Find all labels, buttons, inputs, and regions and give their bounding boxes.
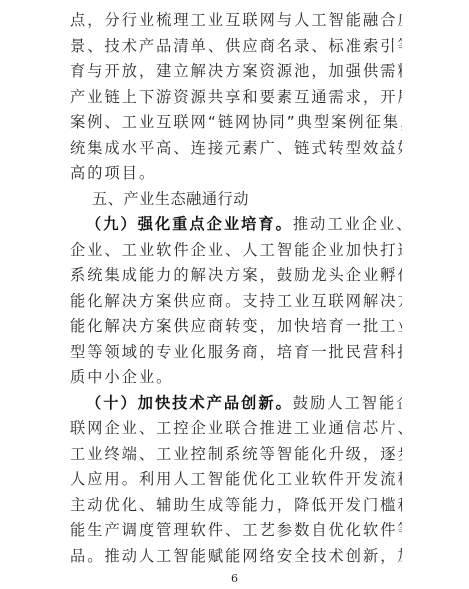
page-number: 6: [0, 572, 469, 585]
paragraph-first-line: （九）强化重点企业培育。推动工业企业、工业互联网: [70, 212, 402, 238]
text-line: 系统集成能力的解决方案，鼓励龙头企业孵化一批行业级智: [70, 263, 402, 289]
text-line: 质中小企业。: [70, 365, 402, 391]
text-line: 主动优化、辅助生成等能力，降低开发门槛和成本。研发智: [70, 493, 402, 519]
text-line: 企业、工业软件企业、人工智能企业加快打造一批具备智能: [70, 238, 402, 264]
text-line: 能生产调度管理软件、工艺参数自优化软件等通用工具产: [70, 518, 402, 544]
text-line: 产业链上下游资源共享和要素互通需求，开展人工智能典型: [70, 85, 402, 111]
document-page: 点，分行业梳理工业互联网与人工智能融合应用的典型场 景、技术产品清单、供应商名录…: [70, 8, 402, 569]
text-line: 能化解决方案供应商转变，加快培育一批工业数据、工业模: [70, 314, 402, 340]
paragraph-title: （九）强化重点企业培育。: [86, 215, 293, 233]
text-span: 鼓励人工智能企业、工业互: [293, 394, 402, 412]
section-heading: 五、产业生态融通行动: [70, 187, 402, 213]
text-line: 高的项目。: [70, 161, 402, 187]
text-line: 景、技术产品清单、供应商名录、标准索引等，加快场景培: [70, 34, 402, 60]
text-line: 案例、工业互联网“链网协同”典型案例征集，遴选一批系: [70, 110, 402, 136]
intro-paragraph: 点，分行业梳理工业互联网与人工智能融合应用的典型场 景、技术产品清单、供应商名录…: [70, 8, 402, 187]
text-line: 人应用。利用人工智能优化工业软件开发流程和模式，提升: [70, 467, 402, 493]
text-line: 统集成水平高、连接元素广、链式转型效益好、智能化水平: [70, 136, 402, 162]
text-line: 品。推动人工智能赋能网络安全技术创新，加强工业互联网: [70, 544, 402, 570]
text-line: 点，分行业梳理工业互联网与人工智能融合应用的典型场: [70, 8, 402, 34]
text-line: 育与开放，建立解决方案资源池，加强供需精准对接。聚焦: [70, 59, 402, 85]
paragraph-10: （十）加快技术产品创新。鼓励人工智能企业、工业互 联网企业、工控企业联合推进工业…: [70, 391, 402, 570]
text-line: 工业终端、工业控制系统等智能化升级，逐步深化人形机器: [70, 442, 402, 468]
text-line: 联网企业、工控企业联合推进工业通信芯片、工业传感器、: [70, 416, 402, 442]
text-line: 能化解决方案供应商。支持工业互联网解决方案供应商向智: [70, 289, 402, 315]
text-line: 型等领域的专业化服务商，培育一批民营科技领军企业、优: [70, 340, 402, 366]
paragraph-9: （九）强化重点企业培育。推动工业企业、工业互联网 企业、工业软件企业、人工智能企…: [70, 212, 402, 391]
text-span: 推动工业企业、工业互联网: [293, 215, 402, 233]
paragraph-first-line: （十）加快技术产品创新。鼓励人工智能企业、工业互: [70, 391, 402, 417]
paragraph-title: （十）加快技术产品创新。: [86, 394, 293, 412]
